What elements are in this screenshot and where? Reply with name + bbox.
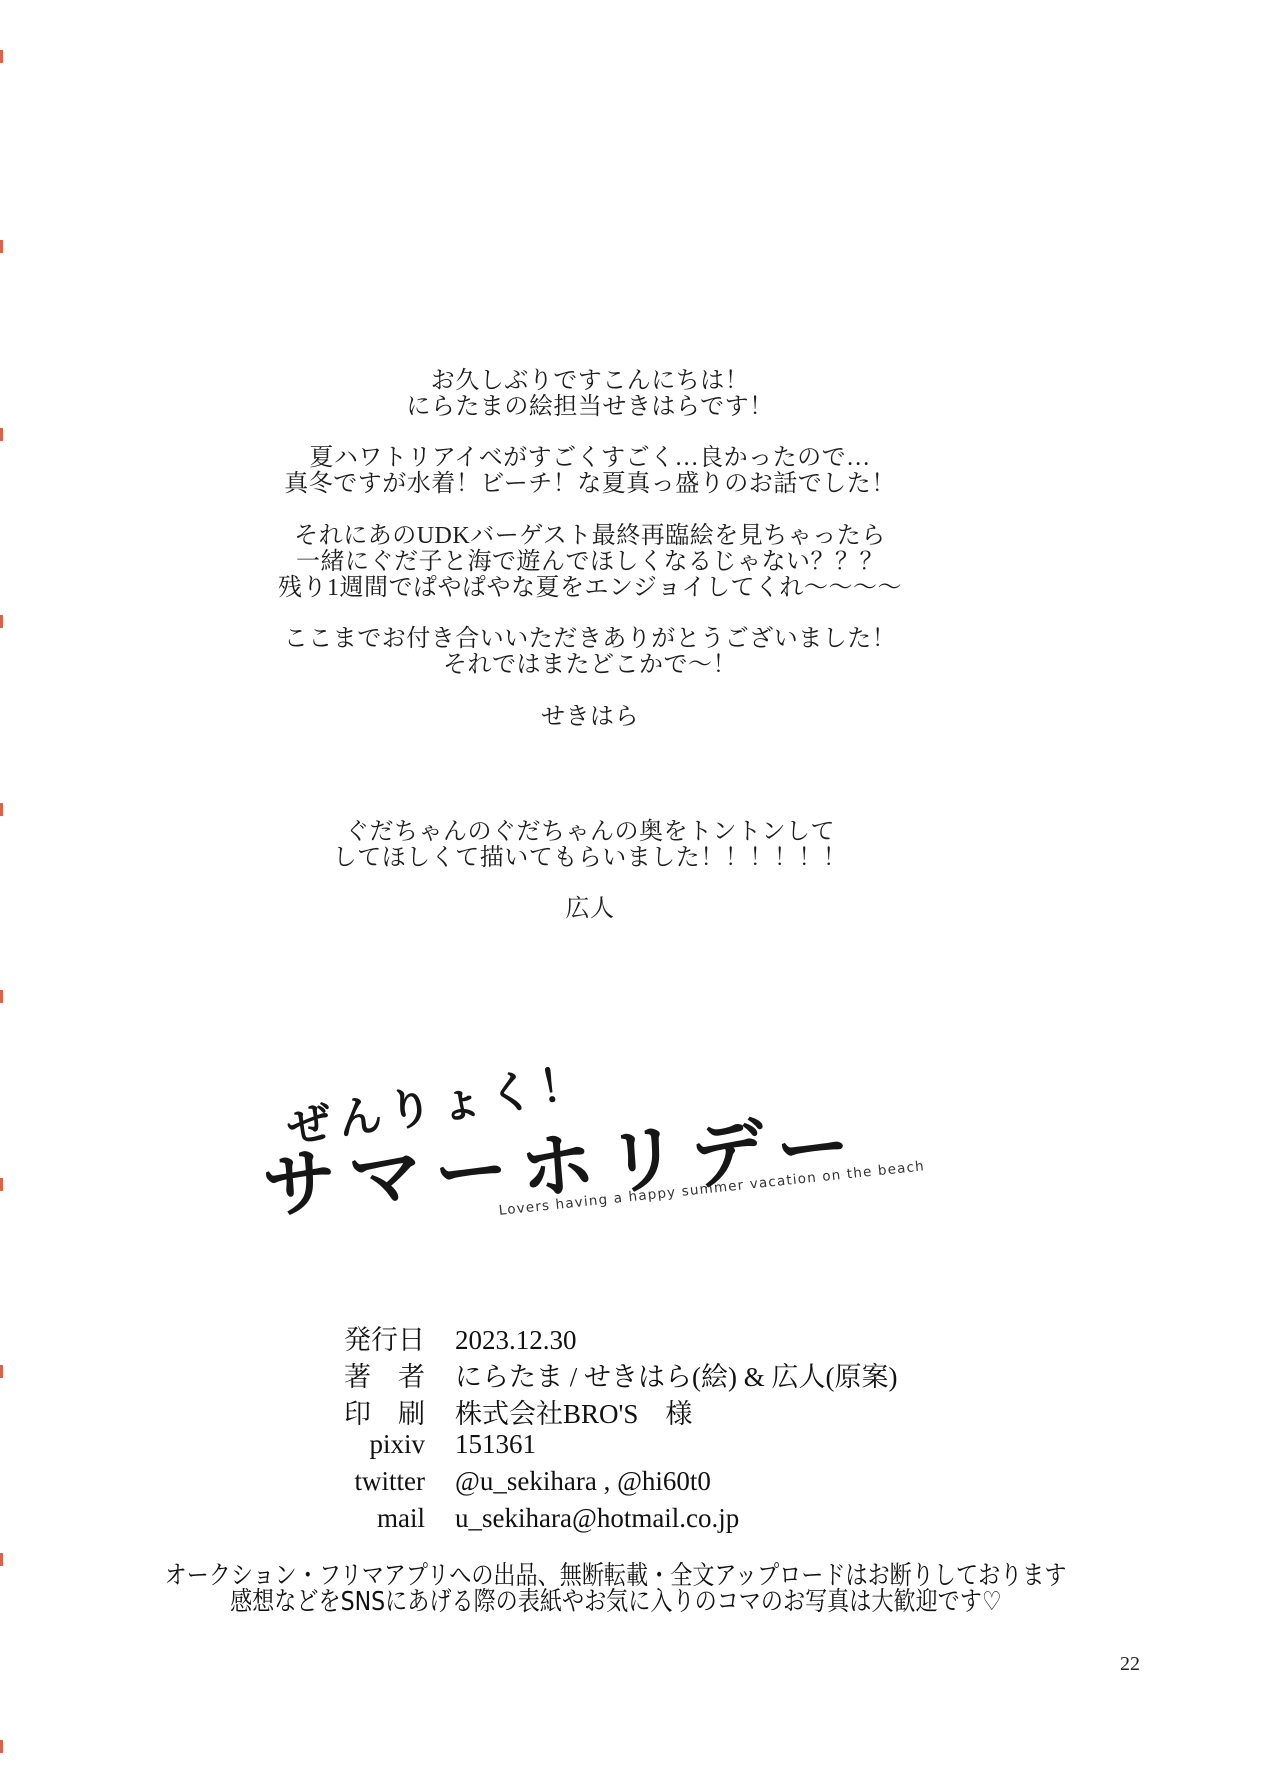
scan-artifact [0, 990, 3, 1003]
colophon-label: pixiv [335, 1429, 425, 1460]
afterword-line: してほしくて描いてもらいました！！！！！！ [170, 845, 1010, 871]
afterword-message: お久しぶりですこんにちは！ にらたまの絵担当せきはらです！ 夏ハワトリアイベがす… [170, 368, 1010, 922]
colophon-value: u_sekihara@hotmail.co.jp [455, 1503, 739, 1534]
colophon-label: 発行日 [335, 1318, 425, 1357]
colophon-value: 株式会社BRO'S 様 [455, 1392, 692, 1431]
colophon-label: twitter [335, 1466, 425, 1497]
afterword-line: 真冬ですが水着！ビーチ！な夏真っ盛りのお話でした！ [170, 471, 1010, 497]
afterword-line: 夏ハワトリアイベがすごくすごく…良かったので… [170, 445, 1010, 471]
afterword-line: それにあのUDKバーゲスト最終再臨絵を見ちゃったら [170, 523, 1010, 549]
scan-artifact [0, 240, 3, 253]
page-number: 22 [1120, 1653, 1140, 1676]
afterword-line: ぐだちゃんのぐだちゃんの奥をトントンして [170, 819, 1010, 845]
afterword-line: ここまでお付き合いいただきありがとうございました！ [170, 626, 1010, 652]
afterword-line: 残り1週間でぱやぱやな夏をエンジョイしてくれ～～～～ [170, 575, 1010, 601]
colophon-value: 151361 [455, 1429, 536, 1460]
colophon-value: 2023.12.30 [455, 1325, 577, 1356]
artist-signature: せきはら [170, 704, 1010, 730]
scan-artifact [0, 1740, 3, 1753]
colophon-row-twitter: twitter @u_sekihara , @hi60t0 [335, 1466, 897, 1503]
colophon-label: 著 者 [335, 1355, 425, 1394]
afterword-line: 一緒にぐだ子と海で遊んでほしくなるじゃない？？？ [170, 549, 1010, 575]
colophon-row-publish-date: 発行日 2023.12.30 [335, 1318, 897, 1355]
colophon-row-pixiv: pixiv 151361 [335, 1429, 897, 1466]
disclaimer-line-1: オークション・フリマアプリへの出品、無断転載・全文アップロードはお断りしておりま… [165, 1563, 1067, 1589]
colophon-label: 印 刷 [335, 1392, 425, 1431]
scan-artifact [0, 50, 3, 63]
colophon-row-author: 著 者 にらたま / せきはら(絵) & 広人(原案) [335, 1355, 897, 1392]
scan-artifact [0, 428, 3, 441]
colophon-credits: 発行日 2023.12.30 著 者 にらたま / せきはら(絵) & 広人(原… [335, 1318, 897, 1540]
colophon-row-mail: mail u_sekihara@hotmail.co.jp [335, 1503, 897, 1540]
disclaimer-line-2: 感想などをSNSにあげる際の表紙やお気に入りのコマのお写真は大歓迎です♡ [230, 1589, 1002, 1615]
colophon-row-printer: 印 刷 株式会社BRO'S 様 [335, 1392, 897, 1429]
afterword-line: お久しぶりですこんにちは！ [170, 368, 1010, 394]
afterword-line: にらたまの絵担当せきはらです！ [170, 394, 1010, 420]
disclaimer: オークション・フリマアプリへの出品、無断転載・全文アップロードはお断りしておりま… [0, 1563, 1232, 1615]
doujin-colophon-page: お久しぶりですこんにちは！ にらたまの絵担当せきはらです！ 夏ハワトリアイベがす… [0, 0, 1280, 1783]
colophon-label: mail [335, 1503, 425, 1534]
scan-artifact [0, 803, 3, 816]
scan-artifact [0, 1178, 3, 1191]
colophon-value: にらたま / せきはら(絵) & 広人(原案) [455, 1355, 897, 1394]
writer-signature: 広人 [170, 896, 1010, 922]
scan-artifact [0, 1365, 3, 1378]
afterword-line: それではまたどこかで～！ [170, 652, 1010, 678]
scan-artifact [0, 615, 3, 628]
colophon-value: @u_sekihara , @hi60t0 [455, 1466, 711, 1497]
